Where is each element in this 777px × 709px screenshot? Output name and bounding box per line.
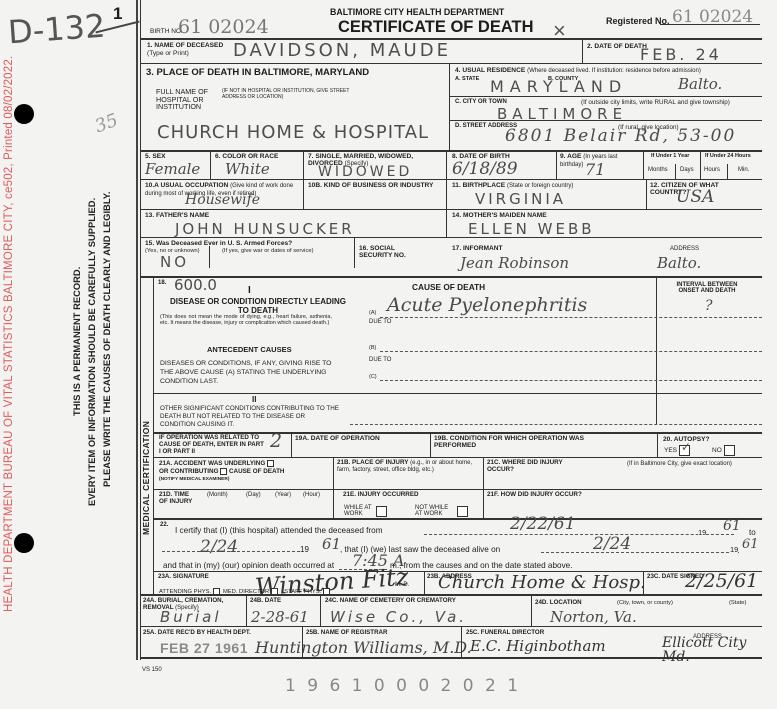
- certify-to-year: 61: [723, 518, 741, 534]
- date-of-death-label: 2. DATE OF DEATH: [587, 43, 647, 50]
- age-title: 9. AGE: [560, 153, 581, 160]
- where-injury-note: (If in Baltimore City, give exact locati…: [627, 461, 732, 467]
- divider: [446, 150, 447, 237]
- marital-value: WIDOWED: [318, 164, 412, 180]
- divider: [556, 150, 557, 179]
- certify-last-seen-year: 61: [742, 537, 759, 552]
- location-label: 24D. LOCATION: [535, 600, 582, 607]
- rule: [140, 594, 762, 596]
- divider: [246, 594, 247, 626]
- certify-to-year-prefix: 19: [698, 528, 706, 537]
- certify-from-date: 2/22/61: [510, 514, 576, 534]
- signature-label: 23A. SIGNATURE: [158, 574, 209, 581]
- residence-note: (Where deceased lived. If institution: r…: [527, 68, 701, 74]
- autopsy-yes-label: YES: [664, 447, 677, 454]
- mother-label: 14. MOTHER'S MAIDEN NAME: [452, 212, 547, 219]
- informant-label: 17. INFORMANT: [452, 245, 503, 252]
- divider: [430, 432, 431, 457]
- divider: [727, 164, 728, 179]
- divider: [646, 179, 647, 209]
- place-of-death-value: CHURCH HOME & HOSPITAL: [157, 122, 429, 143]
- divider: [291, 432, 292, 457]
- antecedent-note: DISEASES OR CONDITIONS, IF ANY, GIVING R…: [160, 360, 340, 386]
- cause-a-value: Acute Pyelonephritis: [387, 294, 587, 316]
- rule-bottom: [140, 657, 762, 659]
- while-at-work-checkbox[interactable]: [376, 506, 387, 517]
- cemetery-label: 24C. NAME OF CEMETERY OR CREMATORY: [325, 598, 456, 605]
- age-col-days: Days: [680, 167, 694, 173]
- dob-value: 6/18/89: [452, 159, 518, 179]
- rule: [153, 489, 762, 490]
- medical-certification-label: MEDICAL CERTIFICATION: [141, 421, 151, 535]
- accident-line3: CAUSE OF DEATH: [229, 468, 285, 475]
- business-label: 10B. KIND OF BUSINESS OR INDUSTRY: [308, 182, 433, 189]
- part2-note: OTHER SIGNIFICANT CONDITIONS CONTRIBUTIN…: [160, 405, 340, 429]
- autopsy-no-checkbox[interactable]: [724, 445, 735, 456]
- part2-numeral: II: [252, 395, 256, 404]
- medical-section-divider: [153, 277, 154, 594]
- under-1-year-label: If Under 1 Year: [651, 153, 689, 159]
- file-number: D-132: [7, 7, 107, 52]
- instruction-carefully-supplied: EVERY ITEM OF INFORMATION SHOULD BE CARE…: [86, 198, 97, 506]
- accident-note: (NOTIFY MEDICAL EXAMINER): [159, 477, 229, 482]
- rule: [140, 63, 762, 64]
- divider: [657, 432, 658, 457]
- sig-address-value: Church Home & Hosp.: [438, 572, 646, 593]
- not-while-at-work-label: NOT WHILE AT WORK: [415, 505, 453, 518]
- cause-a-label: (A): [369, 310, 376, 316]
- not-while-at-work[interactable]: NOT WHILE AT WORK: [415, 505, 468, 518]
- father-value: JOHN HUNSUCKER: [175, 220, 355, 238]
- cause-heading: CAUSE OF DEATH: [412, 282, 485, 292]
- cemetery-value: Wise Co., Va.: [330, 608, 467, 626]
- operation-condition-label: 19B. CONDITION FOR WHICH OPERATION WAS P…: [434, 435, 594, 450]
- rule: [140, 179, 762, 180]
- divider: [320, 594, 321, 626]
- instruction-write-legibly: PLEASE WRITE THE CAUSES OF DEATH CLEARLY…: [101, 191, 112, 487]
- divider: [643, 150, 644, 179]
- antecedent-title: ANTECEDENT CAUSES: [207, 345, 292, 354]
- father-label: 13. FATHER'S NAME: [145, 212, 209, 219]
- registrar-value: Huntington Williams, M.D.: [255, 638, 472, 657]
- rule: [153, 518, 762, 520]
- autopsy-no-label: NO: [712, 447, 722, 454]
- divider: [303, 150, 304, 179]
- underlying-checkbox[interactable]: [267, 460, 274, 467]
- cause-c-label: (C): [369, 374, 377, 380]
- cause-code: 600.0: [174, 276, 217, 294]
- funeral-address-value: Ellicott City Md.: [662, 636, 762, 664]
- certify-to-label: to: [749, 528, 756, 537]
- age-col-min: Min.: [738, 167, 749, 173]
- cause-c-line: [380, 380, 762, 381]
- part1-title: DISEASE OR CONDITION DIRECTLY LEADING TO…: [168, 297, 348, 315]
- occupation-value: Housewife: [185, 192, 260, 208]
- while-at-work-label: WHILE AT WORK: [344, 505, 372, 518]
- time-col-day: (Day): [246, 492, 261, 498]
- place-of-injury-label: 21B. PLACE OF INJURY (e.g., in or about …: [337, 460, 475, 474]
- certify-line3-end: m., from the causes and on the date stat…: [390, 561, 573, 570]
- rule: [140, 237, 762, 238]
- accident-line2: OR CONTRIBUTING: [159, 468, 218, 475]
- while-at-work[interactable]: WHILE AT WORK: [344, 505, 387, 518]
- form-border-left: [136, 0, 138, 660]
- divider: [675, 164, 676, 179]
- divider: [210, 150, 211, 179]
- due-to-b: DUE TO: [369, 357, 391, 363]
- sex-value: Female: [145, 160, 200, 178]
- certify-number: 22.: [160, 522, 168, 528]
- informant-value: Jean Robinson: [460, 254, 569, 272]
- hospital-name-label: FULL NAME OF HOSPITAL OR INSTITUTION: [156, 88, 211, 111]
- certify-to-date: 2/24: [200, 537, 238, 557]
- mother-value: ELLEN WEBB: [468, 220, 595, 238]
- registered-underline: [660, 24, 760, 25]
- rule: [449, 96, 762, 97]
- divider: [483, 457, 484, 518]
- birth-no-value: 61 02024: [178, 16, 269, 38]
- divider: [354, 237, 355, 268]
- ssn-label: 16. SOCIAL SECURITY NO.: [359, 245, 429, 260]
- divider: [643, 571, 644, 594]
- part1-numeral: I: [248, 285, 251, 296]
- location-state-note: (State): [729, 600, 746, 606]
- name-label: 1. NAME OF DECEASED: [147, 42, 223, 49]
- part2-line: [350, 424, 762, 425]
- county-value: Balto.: [678, 75, 722, 93]
- birthplace-label: 11. BIRTHPLACE (State or foreign country…: [452, 182, 573, 190]
- instruction-permanent-record: THIS IS A PERMANENT RECORD.: [71, 267, 82, 416]
- state-value: MARYLAND: [490, 77, 627, 96]
- race-value: White: [225, 160, 270, 178]
- printed-watermark: HEALTH DEPARTMENT BUREAU OF VITAL STATIS…: [3, 56, 15, 612]
- disposition-method-value: Burial: [160, 608, 222, 626]
- street-value: 6801 Belair Rd, 53-00: [505, 126, 736, 146]
- certify-last-seen-line: [541, 552, 739, 553]
- certify-last-seen: 2/24: [593, 534, 631, 554]
- department-heading: BALTIMORE CITY HEALTH DEPARTMENT: [330, 7, 504, 17]
- birthplace-sub: (State or foreign country): [507, 183, 573, 189]
- rule: [153, 393, 762, 394]
- operation-date-label: 19A. DATE OF OPERATION: [295, 435, 380, 442]
- residence-label: 4. USUAL RESIDENCE (Where deceased lived…: [455, 67, 701, 75]
- funeral-director-label: 25C. FUNERAL DIRECTOR: [466, 630, 544, 637]
- time-col-hour: (Hour): [303, 492, 320, 498]
- age-col-hours: Hours: [704, 167, 720, 173]
- time-of-injury-label: 21D. TIME OF INJURY: [159, 492, 199, 506]
- date-of-death-value: FEB. 24: [640, 45, 722, 64]
- informant-address-label: ADDRESS: [670, 246, 699, 252]
- state-label: A. STATE: [455, 76, 479, 82]
- birthplace-value: VIRGINIA: [475, 190, 566, 208]
- how-injury-label: 21F. HOW DID INJURY OCCUR?: [487, 492, 582, 499]
- certify-line1: I certify that (I) (this hospital) atten…: [175, 526, 383, 535]
- operation-related-label: IF OPERATION WAS RELATED TO CAUSE OF DEA…: [159, 435, 264, 455]
- location-note: (City, town, or county): [617, 600, 673, 606]
- time-col-month: (Month): [207, 492, 228, 498]
- not-while-at-work-checkbox[interactable]: [457, 506, 468, 517]
- contributing-checkbox[interactable]: [220, 468, 227, 475]
- pencil-mark: 35: [92, 110, 121, 138]
- serial-number: 1 9 6 1 0 0 0 2 0 2 1: [285, 676, 521, 696]
- autopsy-yes-checkbox[interactable]: ✓: [679, 445, 690, 456]
- place-of-injury-title: 21B. PLACE OF INJURY: [337, 459, 408, 466]
- rule: [449, 120, 762, 121]
- accident-label: 21A. ACCIDENT WAS UNDERLYING OR CONTRIBU…: [159, 460, 299, 483]
- part1-note: (This does not mean the mode of dying, e…: [160, 314, 332, 327]
- divider: [303, 179, 304, 209]
- residence-title: 4. USUAL RESIDENCE: [455, 67, 525, 74]
- citizen-value: USA: [676, 187, 714, 207]
- birthplace-title: 11. BIRTHPLACE: [452, 182, 505, 189]
- place-note: (IF NOT IN HOSPITAL OR INSTITUTION, GIVE…: [222, 88, 372, 100]
- cause-number: 18.: [158, 280, 166, 286]
- rule: [140, 276, 762, 278]
- location-value: Norton, Va.: [550, 608, 637, 626]
- received-label: 25A. DATE REC'D BY HEALTH DEPT.: [143, 630, 251, 637]
- received-stamp: FEB 27 1961: [160, 640, 248, 656]
- certify-from-line: [424, 534, 734, 535]
- cause-b-line: [380, 351, 762, 352]
- disposition-date-label: 24B. DATE: [250, 598, 281, 605]
- informant-address-value: Balto.: [657, 254, 701, 272]
- md-label: M. D.: [395, 582, 409, 588]
- due-to-a: DUE TO: [369, 319, 391, 325]
- armed-forces-label: 15. Was Deceased Ever in U. S. Armed For…: [145, 240, 292, 247]
- injury-occurred-label: 21E. INJURY OCCURRED: [343, 492, 419, 499]
- divider: [461, 626, 462, 657]
- armed-forces-value: NO: [160, 253, 189, 271]
- armed-forces-sub2: (If yes, give war or dates of service): [222, 248, 314, 254]
- occupation-title: 10.A USUAL OCCUPATION: [145, 182, 228, 189]
- where-injury-label: 21C. WHERE DID INJURY OCCUR?: [487, 460, 567, 474]
- age-col-months: Months: [648, 167, 668, 173]
- certify-last-seen-year-prefix: 19: [730, 545, 738, 554]
- rule: [140, 150, 762, 152]
- file-number-superscript: 1: [113, 4, 122, 24]
- rule: [140, 626, 762, 627]
- cause-a-line: [380, 317, 762, 318]
- divider: [449, 63, 450, 150]
- certificate-title: CERTIFICATE OF DEATH: [338, 18, 534, 37]
- divider: [333, 457, 334, 518]
- cause-b-label: (B): [369, 345, 376, 351]
- x-mark: ×: [553, 18, 566, 44]
- punch-hole-top: [14, 104, 34, 124]
- form-number: VS 150: [142, 667, 162, 673]
- divider: [582, 39, 583, 63]
- autopsy-yes[interactable]: YES ✓: [664, 445, 690, 456]
- divider: [700, 150, 701, 179]
- certify-line2-year-prefix: 19: [300, 545, 309, 554]
- accident-line1: 21A. ACCIDENT WAS UNDERLYING: [159, 460, 265, 467]
- punch-hole-bottom: [14, 533, 34, 553]
- divider: [531, 594, 532, 626]
- funeral-director-value: E.C. Higinbotham: [470, 637, 606, 655]
- rule: [153, 457, 762, 458]
- cause-a-interval: ?: [705, 298, 713, 314]
- age-value: 71: [585, 160, 605, 179]
- autopsy-no[interactable]: NO: [712, 445, 735, 456]
- registrar-label: 25B. NAME OF REGISTRAR: [306, 630, 387, 637]
- name-sub: (Type or Print): [147, 50, 189, 57]
- certify-line2-year: 61: [322, 535, 341, 553]
- rule: [140, 209, 762, 210]
- date-signed-value: 2/25/61: [685, 570, 758, 592]
- under-24-hours-label: If Under 24 Hours: [705, 153, 751, 159]
- place-of-death-label: 3. PLACE OF DEATH IN BALTIMORE, MARYLAND: [146, 67, 369, 78]
- disposition-date-value: 2-28-61: [251, 608, 309, 626]
- operation-related-value: 2: [270, 430, 282, 452]
- name-value: DAVIDSON, MAUDE: [233, 40, 451, 61]
- divider: [424, 571, 425, 594]
- check-mark-icon: ✓: [681, 440, 691, 454]
- interval-label: INTERVAL BETWEEN ONSET AND DEATH: [667, 282, 747, 294]
- divider: [209, 246, 210, 268]
- form-border-left-inner: [140, 0, 141, 660]
- time-col-year: (Year): [275, 492, 291, 498]
